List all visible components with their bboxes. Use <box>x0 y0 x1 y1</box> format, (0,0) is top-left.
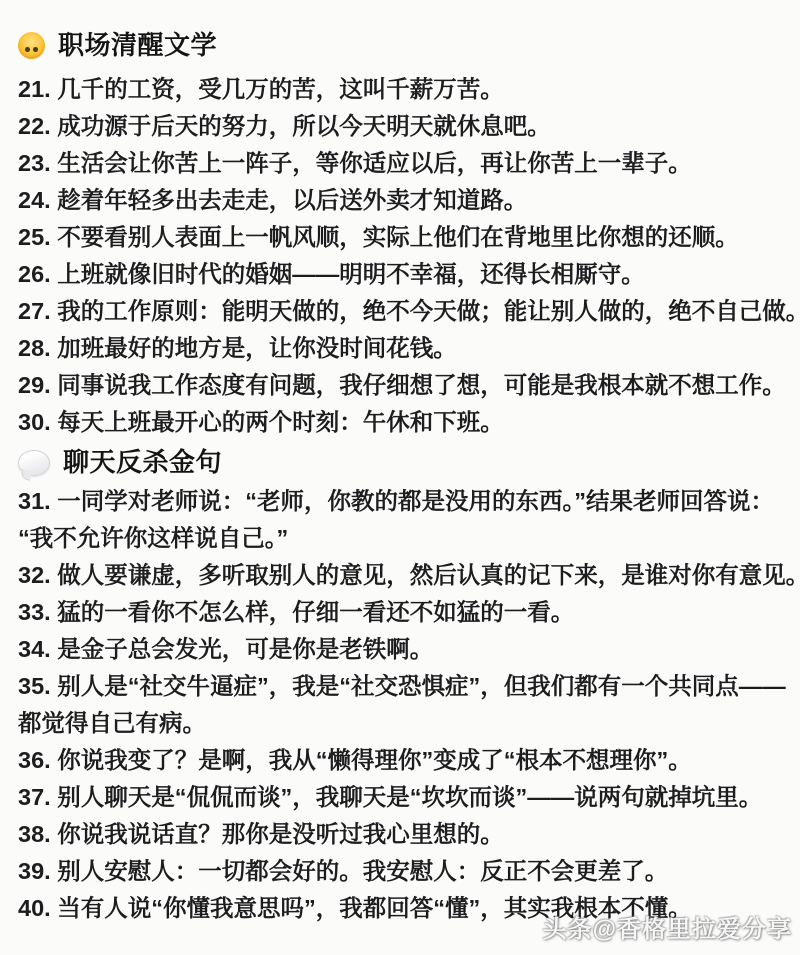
speech-balloon-icon <box>18 450 50 476</box>
quote-line-35: 35. 别人是“社交牛逼症”，我是“社交恐惧症”，但我们都有一个共同点—— <box>18 668 794 705</box>
watermark: 头条@香格里拉爱分享 <box>543 909 792 944</box>
quote-line-30: 30. 每天上班最开心的两个时刻：午休和下班。 <box>18 404 794 441</box>
section-header-workplace: 职场清醒文学 <box>18 26 794 64</box>
quote-line-33: 33. 猛的一看你不怎么样，仔细一看还不如猛的一看。 <box>18 594 794 631</box>
section-title-workplace: 职场清醒文学 <box>58 26 217 64</box>
quote-line-35-continued: 都觉得自己有病。 <box>18 705 794 742</box>
quote-line-27: 27. 我的工作原则：能明天做的，绝不今天做；能让别人做的，绝不自己做。 <box>18 293 794 330</box>
quote-line-23: 23. 生活会让你苦上一阵子，等你适应以后，再让你苦上一辈子。 <box>18 145 794 182</box>
quote-line-38: 38. 你说我说话直？那你是没听过我心里想的。 <box>18 816 794 853</box>
quote-line-39: 39. 别人安慰人：一切都会好的。我安慰人：反正不会更差了。 <box>18 853 794 890</box>
quote-line-31-continued: “我不允许你这样说自己。” <box>18 520 794 557</box>
quote-line-26: 26. 上班就像旧时代的婚姻——明明不幸福，还得长相厮守。 <box>18 256 794 293</box>
quote-line-36: 36. 你说我变了？是啊，我从“懒得理你”变成了“根本不想理你”。 <box>18 742 794 779</box>
quote-line-37: 37. 别人聊天是“侃侃而谈”，我聊天是“坎坎而谈”——说两句就掉坑里。 <box>18 779 794 816</box>
quote-card: 职场清醒文学 21. 几千的工资，受几万的苦，这叫千薪万苦。 22. 成功源于后… <box>0 0 800 927</box>
section-title-chat: 聊天反杀金句 <box>63 443 222 481</box>
section-header-chat: 聊天反杀金句 <box>18 443 794 481</box>
quote-line-34: 34. 是金子总会发光，可是你是老铁啊。 <box>18 631 794 668</box>
quote-line-25: 25. 不要看别人表面上一帆风顺，实际上他们在背地里比你想的还顺。 <box>18 219 794 256</box>
quote-line-21: 21. 几千的工资，受几万的苦，这叫千薪万苦。 <box>18 71 794 108</box>
quote-line-29: 29. 同事说我工作态度有问题，我仔细想了想，可能是我根本就不想工作。 <box>18 367 794 404</box>
quote-line-24: 24. 趁着年轻多出去走走，以后送外卖才知道路。 <box>18 182 794 219</box>
quote-line-22: 22. 成功源于后天的努力，所以今天明天就休息吧。 <box>18 108 794 145</box>
quote-line-31: 31. 一同学对老师说：“老师，你教的都是没用的东西。”结果老师回答说： <box>18 483 794 520</box>
quote-line-32: 32. 做人要谦虚，多听取别人的意见，然后认真的记下来，是谁对你有意见。 <box>18 557 794 594</box>
quote-line-28: 28. 加班最好的地方是，让你没时间花钱。 <box>18 330 794 367</box>
upside-down-face-icon <box>18 32 45 59</box>
